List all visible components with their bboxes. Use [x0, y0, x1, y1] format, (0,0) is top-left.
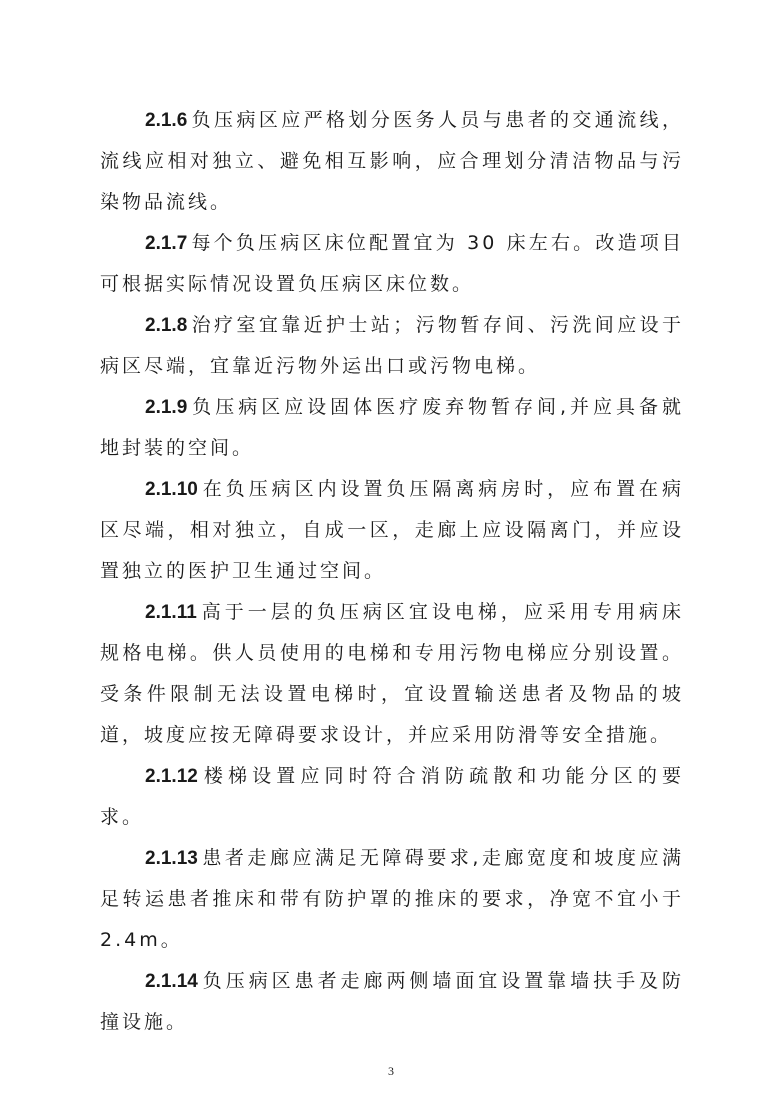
clause-2-1-14: 2.1.14负压病区患者走廊两侧墙面宜设置靠墙扶手及防撞设施。 [100, 961, 684, 1043]
clause-2-1-6: 2.1.6负压病区应严格划分医务人员与患者的交通流线，流线应相对独立、避免相互影… [100, 100, 684, 223]
clause-2-1-8: 2.1.8治疗室宜靠近护士站；污物暂存间、污洗间应设于病区尽端，宜靠近污物外运出… [100, 305, 684, 387]
clause-2-1-11: 2.1.11高于一层的负压病区宜设电梯，应采用专用病床规格电梯。供人员使用的电梯… [100, 592, 684, 756]
clause-text: 负压病区应严格划分医务人员与患者的交通流线，流线应相对独立、避免相互影响，应合理… [100, 109, 684, 213]
clause-2-1-12: 2.1.12楼梯设置应同时符合消防疏散和功能分区的要求。 [100, 756, 684, 838]
page-number: 3 [0, 1064, 782, 1079]
clause-text: 负压病区应设固体医疗废弃物暂存间,并应具备就地封装的空间。 [100, 396, 684, 459]
clause-number: 2.1.11 [145, 602, 197, 623]
document-body: 2.1.6负压病区应严格划分医务人员与患者的交通流线，流线应相对独立、避免相互影… [100, 100, 684, 1043]
clause-2-1-9: 2.1.9负压病区应设固体医疗废弃物暂存间,并应具备就地封装的空间。 [100, 387, 684, 469]
clause-number: 2.1.8 [145, 315, 187, 336]
clause-text: 每个负压病区床位配置宜为 30 床左右。改造项目可根据实际情况设置负压病区床位数… [100, 232, 684, 295]
clause-number: 2.1.12 [145, 766, 198, 787]
clause-2-1-7: 2.1.7每个负压病区床位配置宜为 30 床左右。改造项目可根据实际情况设置负压… [100, 223, 684, 305]
clause-number: 2.1.10 [145, 479, 198, 500]
clause-number: 2.1.7 [145, 233, 187, 254]
clause-2-1-13: 2.1.13患者走廊应满足无障碍要求,走廊宽度和坡度应满足转运患者推床和带有防护… [100, 838, 684, 961]
clause-number: 2.1.9 [145, 397, 187, 418]
clause-text: 治疗室宜靠近护士站；污物暂存间、污洗间应设于病区尽端，宜靠近污物外运出口或污物电… [100, 314, 684, 377]
clause-number: 2.1.6 [145, 110, 187, 131]
clause-number: 2.1.14 [145, 971, 198, 992]
clause-2-1-10: 2.1.10在负压病区内设置负压隔离病房时，应布置在病区尽端，相对独立，自成一区… [100, 469, 684, 592]
clause-number: 2.1.13 [145, 848, 198, 869]
